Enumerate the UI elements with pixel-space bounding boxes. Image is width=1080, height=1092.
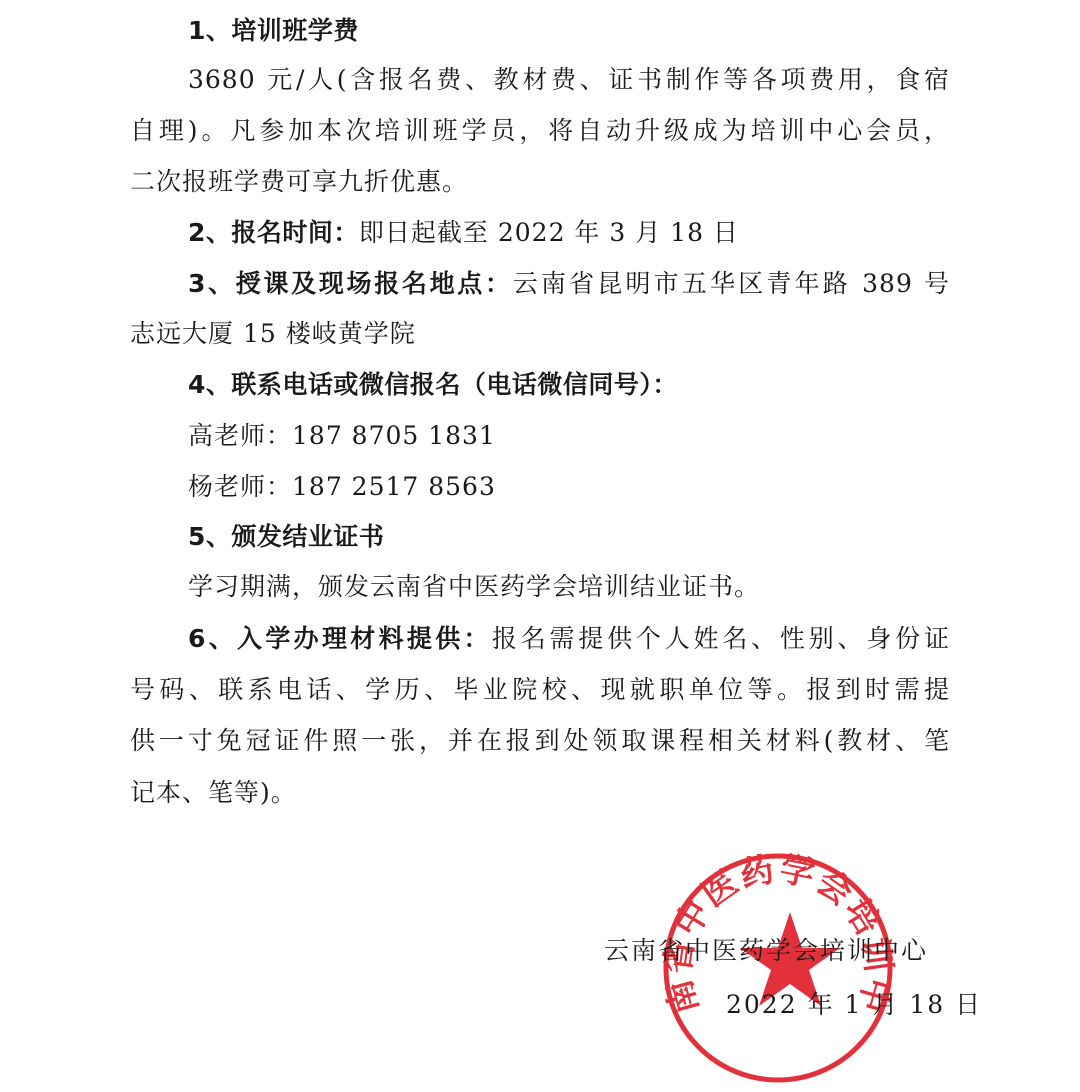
section-6-line: 6、入学办理材料提供：报名需提供个人姓名、性别、身份证 bbox=[188, 622, 950, 656]
section-2-heading: 2、报名时间： bbox=[188, 218, 359, 247]
contact-name: 高老师： bbox=[188, 421, 292, 450]
section-3-line: 3、授课及现场报名地点：云南省昆明市五华区青年路 389 号 bbox=[188, 267, 950, 301]
section-6-heading: 6、入学办理材料提供： bbox=[188, 624, 492, 653]
section-2-text: 即日起截至 2022 年 3 月 18 日 bbox=[359, 218, 739, 247]
section-6-line-2: 号码、联系电话、学历、毕业院校、现就职单位等。报到时需提 bbox=[130, 673, 950, 707]
section-4-heading: 4、联系电话或微信报名（电话微信同号）： bbox=[188, 368, 950, 402]
section-1-line-3: 二次报班学费可享九折优惠。 bbox=[130, 165, 950, 199]
section-2-line: 2、报名时间：即日起截至 2022 年 3 月 18 日 bbox=[188, 216, 950, 250]
contact-yang: 杨老师：187 2517 8563 bbox=[188, 470, 950, 504]
contact-phone: 187 2517 8563 bbox=[292, 472, 496, 501]
section-5-heading: 5、颁发结业证书 bbox=[188, 520, 950, 554]
section-1-heading: 1、培训班学费 bbox=[188, 14, 950, 48]
section-5-line-1: 学习期满，颁发云南省中医药学会培训结业证书。 bbox=[188, 570, 950, 604]
signature-organization: 云南省中医药学会培训中心 bbox=[604, 934, 928, 968]
signature-date: 2022 年 1 月 18 日 bbox=[726, 988, 982, 1022]
contact-phone: 187 8705 1831 bbox=[292, 421, 496, 450]
section-6-line-4: 记本、笔等)。 bbox=[130, 776, 950, 810]
official-seal-stamp-icon: 云南省中医药学会培训中心 bbox=[660, 850, 896, 1086]
contact-name: 杨老师： bbox=[188, 472, 292, 501]
section-6-line-3: 供一寸免冠证件照一张，并在报到处领取课程相关材料(教材、笔 bbox=[130, 724, 950, 758]
section-1-line-1: 3680 元/人(含报名费、教材费、证书制作等各项费用，食宿 bbox=[188, 63, 950, 97]
section-3-heading: 3、授课及现场报名地点： bbox=[188, 269, 513, 298]
section-1-line-2: 自理)。凡参加本次培训班学员，将自动升级成为培训中心会员， bbox=[130, 114, 950, 148]
section-6-text: 报名需提供个人姓名、性别、身份证 bbox=[492, 624, 950, 653]
document-page: 1、培训班学费 3680 元/人(含报名费、教材费、证书制作等各项费用，食宿 自… bbox=[0, 0, 1080, 1092]
section-3-text: 云南省昆明市五华区青年路 389 号 bbox=[513, 269, 950, 298]
section-3-continuation: 志远大厦 15 楼岐黄学院 bbox=[130, 317, 950, 351]
contact-gao: 高老师：187 8705 1831 bbox=[188, 419, 950, 453]
